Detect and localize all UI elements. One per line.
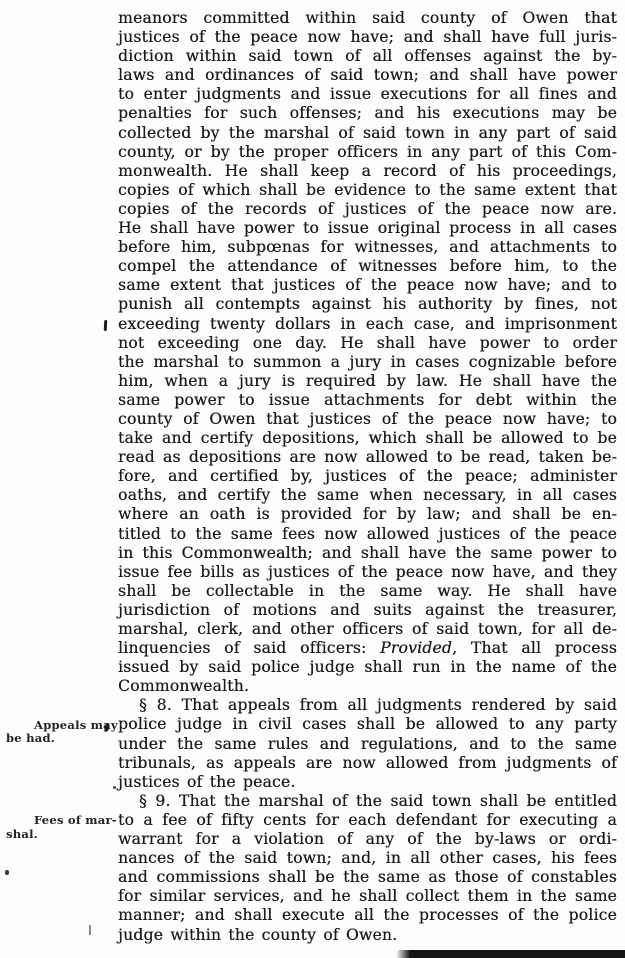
text-line: issued by said police judge shall run in… (118, 658, 617, 677)
text-line: same power to issue attachments for debt… (118, 391, 617, 410)
text-line: in this Commonwealth; and shall have the… (118, 544, 617, 563)
ink-speck (5, 870, 9, 875)
text-line: copies of which shall be evidence to the… (118, 181, 617, 200)
text-line: judge within the county of Owen. (118, 926, 617, 945)
text-line: to a fee of fifty cents for each defenda… (118, 811, 617, 830)
text-line: county of Owen that justices of the peac… (118, 410, 617, 429)
text-line: police judge in civil cases shall be all… (118, 715, 617, 734)
text-line: jurisdiction of motions and suits agains… (118, 601, 617, 620)
text-line: marshal, clerk, and other officers of sa… (118, 620, 617, 639)
text-line: justices of the peace now have; and shal… (118, 28, 617, 47)
text-line: nances of the said town; and, in all oth… (118, 849, 617, 868)
text-line: collected by the marshal of said town in… (118, 124, 617, 143)
text-line: exceeding twenty dollars in each case, a… (118, 315, 617, 334)
text-line: diction within said town of all offenses… (118, 47, 617, 66)
ink-speck (89, 925, 91, 935)
text-line: punish all contempts against his authori… (118, 295, 617, 314)
text-line: issue fee bills as justices of the peace… (118, 563, 617, 582)
text-line: shall be collectable in the same way. He… (118, 582, 617, 601)
text-line: before him, subpœnas for witnesses, and … (118, 238, 617, 257)
text-line: He shall have power to issue original pr… (118, 219, 617, 238)
text-line: copies of the records of justices of the… (118, 200, 617, 219)
text-line: and commissions shall be the same as tho… (118, 868, 617, 887)
page-scan: Appeals maybe had.Fees of mar-shal. mean… (0, 0, 625, 958)
margin-note-column: Appeals maybe had.Fees of mar-shal. (0, 0, 118, 958)
text-line: same extent that justices of the peace n… (118, 276, 617, 295)
text-line: oaths, and certify the same when necessa… (118, 486, 617, 505)
text-line: tribunals, as appeals are now allowed fr… (118, 754, 617, 773)
text-line: linquencies of said officers: Provided, … (118, 639, 617, 658)
ink-speck (104, 320, 108, 331)
text-line: not exceeding one day. He shall have pow… (118, 334, 617, 353)
text-line: § 9. That the marshal of the said town s… (118, 792, 617, 811)
text-line: county, or by the proper officers in any… (118, 143, 617, 162)
text-line: laws and ordinances of said town; and sh… (118, 66, 617, 85)
text-line: meanors committed within said county of … (118, 9, 617, 28)
text-line: manner; and shall execute all the proces… (118, 906, 617, 925)
body-text-column: meanors committed within said county of … (118, 9, 617, 945)
text-line: § 8. That appeals from all judgments ren… (118, 696, 617, 715)
text-line: titled to the same fees now allowed just… (118, 525, 617, 544)
text-line: warrant for a violation of any of the by… (118, 830, 617, 849)
text-line: the marshal to summon a jury in cases co… (118, 353, 617, 372)
margin-note-line: Fees of mar- (6, 814, 114, 828)
text-line: Commonwealth. (118, 677, 617, 696)
margin-note: Appeals maybe had. (6, 719, 114, 746)
margin-note-line: shal. (6, 828, 114, 842)
text-line: penalties for such offenses; and his exe… (118, 104, 617, 123)
margin-note: Fees of mar-shal. (6, 814, 114, 841)
text-line: justices of the peace. (118, 773, 617, 792)
italic-text: Provided (380, 639, 452, 657)
scan-edge-bottom (396, 950, 625, 958)
text-line: fore, and certified by, justices of the … (118, 467, 617, 486)
text-line: monwealth. He shall keep a record of his… (118, 162, 617, 181)
text-line: compel the attendance of witnesses befor… (118, 257, 617, 276)
text-line: for similar services, and he shall colle… (118, 887, 617, 906)
text-line: take and certify depositions, which shal… (118, 429, 617, 448)
text-line: under the same rules and regulations, an… (118, 735, 617, 754)
ink-speck (113, 786, 116, 789)
text-line: where an oath is provided for by law; an… (118, 505, 617, 524)
text-line: to enter judgments and issue executions … (118, 85, 617, 104)
text-line: read as depositions are now allowed to b… (118, 448, 617, 467)
margin-note-line: Appeals may (6, 719, 114, 733)
margin-note-line: be had. (6, 732, 114, 746)
text-line: him, when a jury is required by law. He … (118, 372, 617, 391)
